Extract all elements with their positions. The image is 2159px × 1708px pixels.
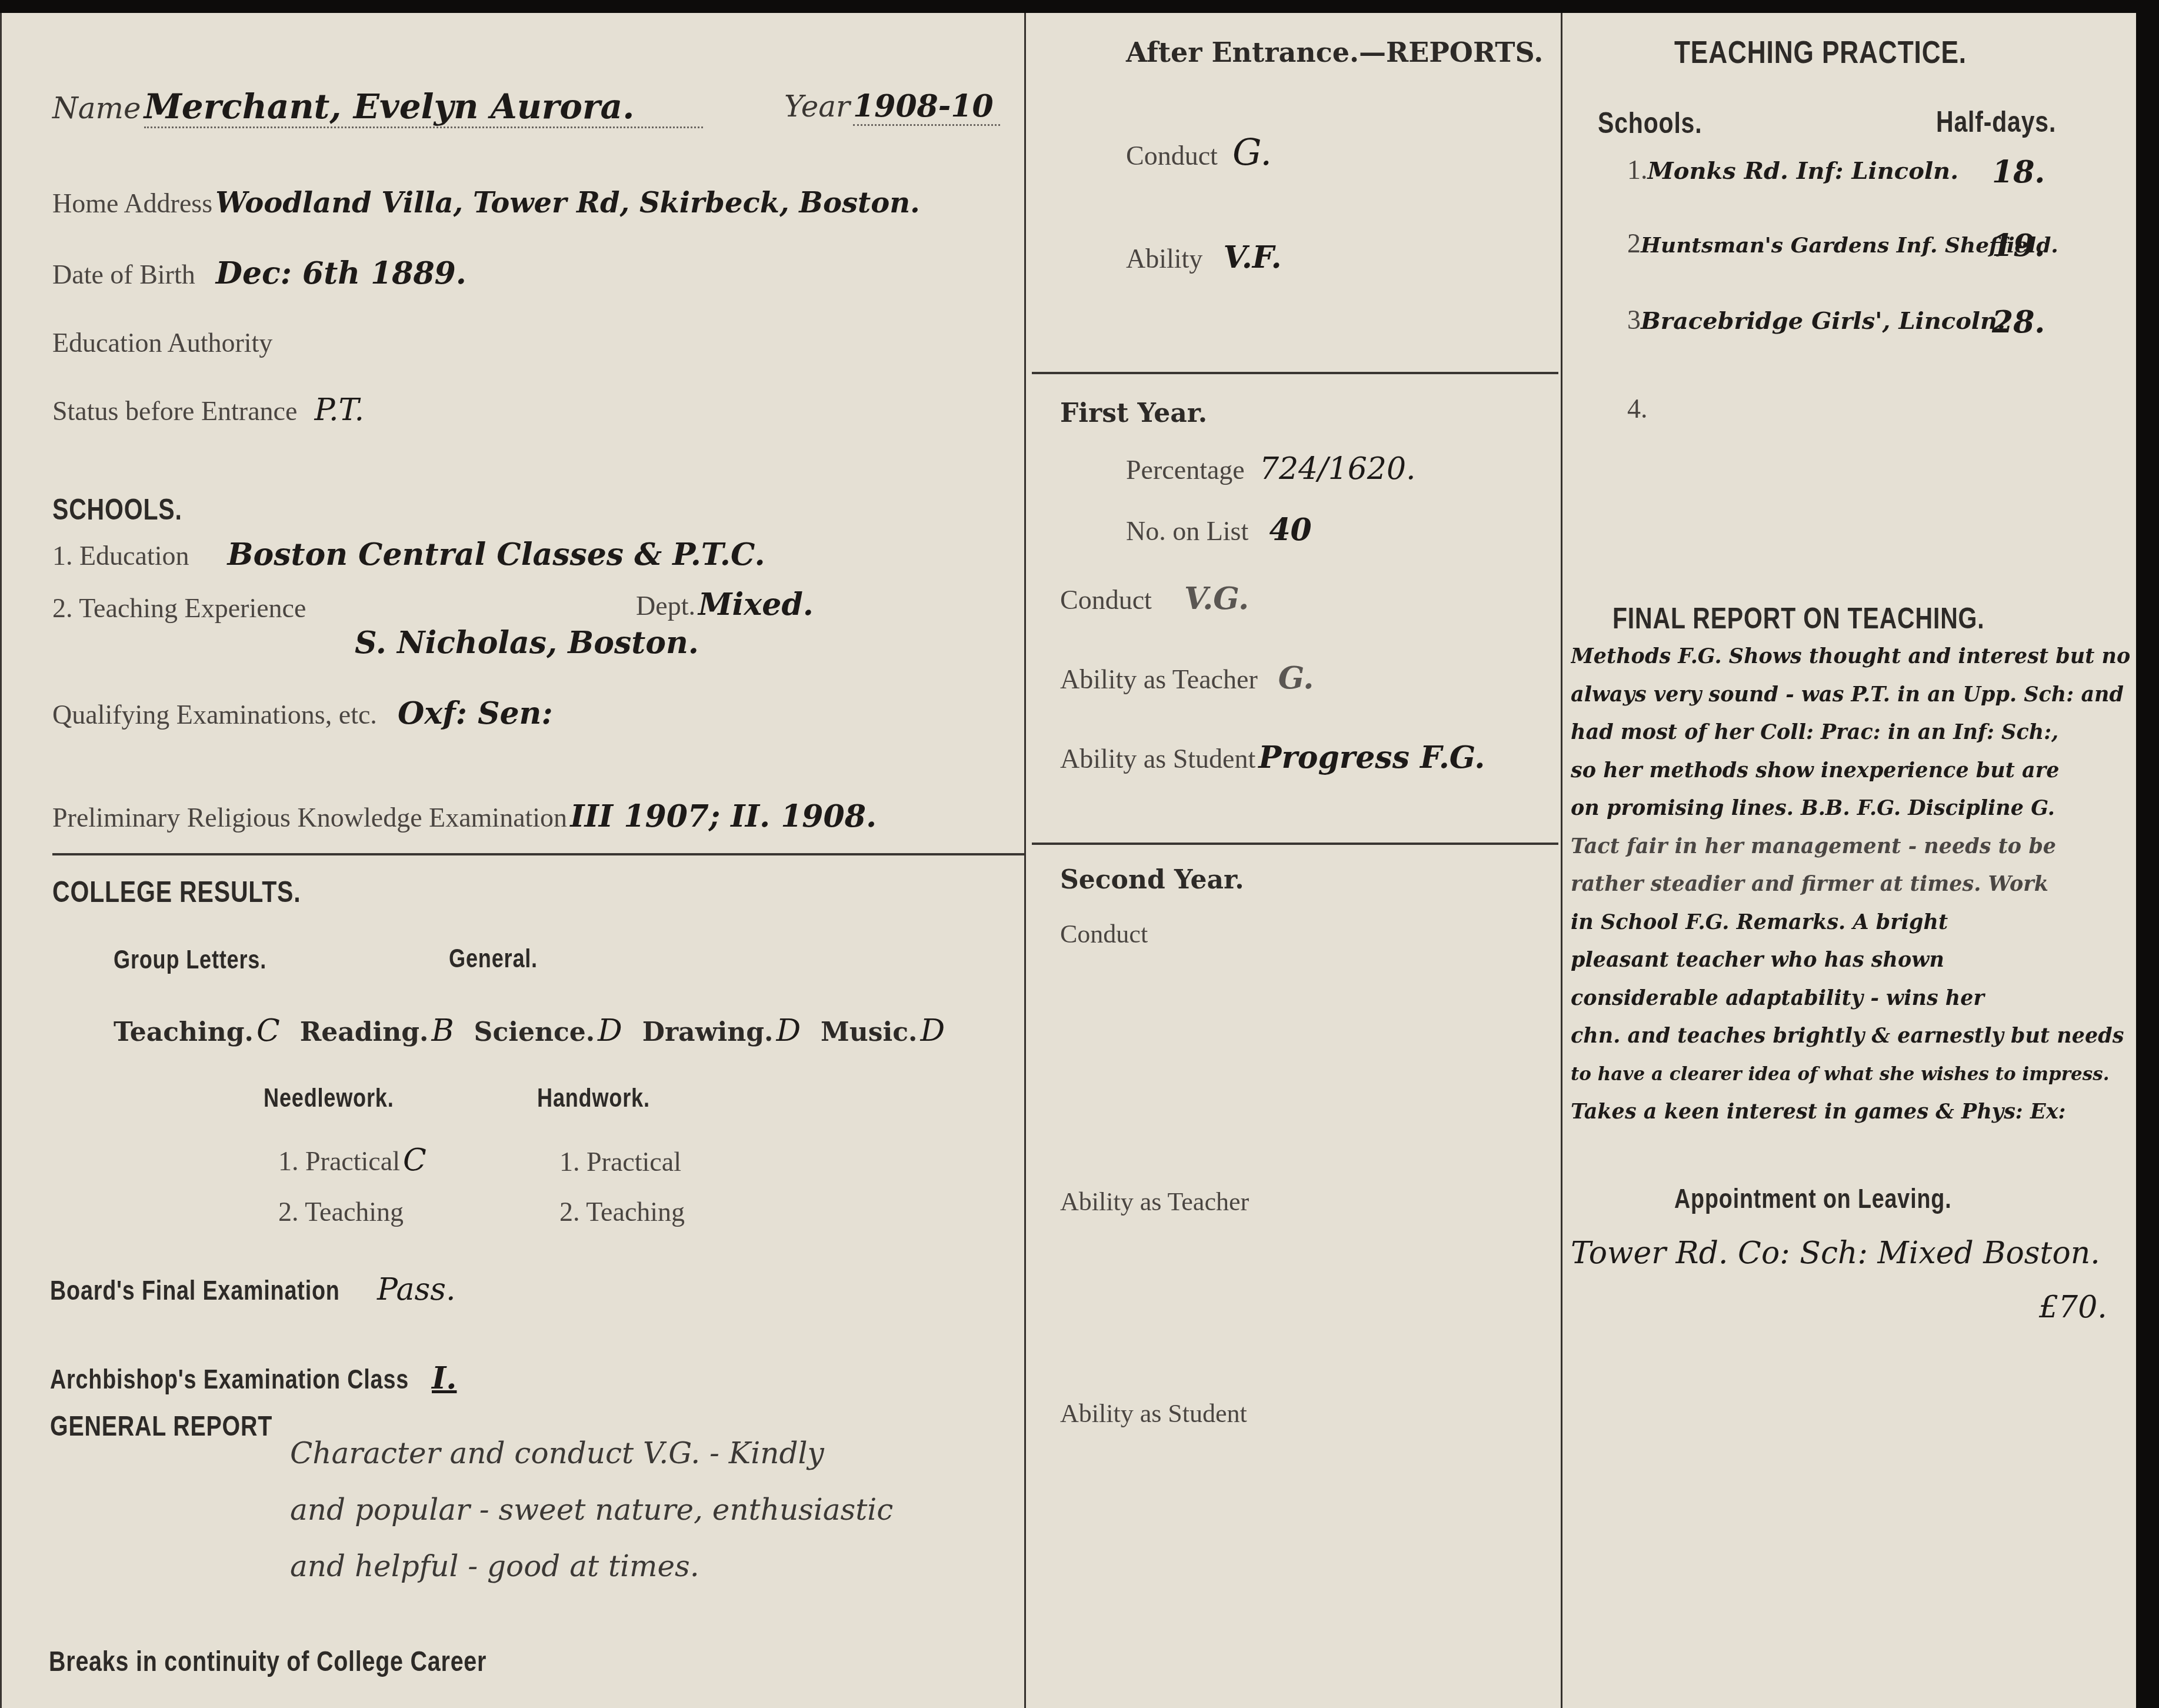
no-on-list-row: No. on List 40 <box>1126 512 1312 548</box>
subject-teaching: Teaching. C <box>114 1013 280 1048</box>
practice-school-row: 3Bracebridge Girls', Lincoln. 28. <box>1627 304 2086 335</box>
right-column: TEACHING PRACTICE. Schools. Half-days. 1… <box>1561 13 2138 1708</box>
no-on-list-value: 40 <box>1269 512 1311 548</box>
status-row: Status before Entrance P.T. <box>52 392 364 428</box>
dept-row: Dept. Mixed. <box>636 587 814 622</box>
fy-ability-teacher-row: Ability as Teacher G. <box>1060 660 1314 696</box>
dob-value: Dec: 6th 1889. <box>216 255 467 291</box>
fy-ability-student-label: Ability as Student <box>1060 744 1255 774</box>
divider-left-mid <box>52 853 1024 855</box>
final-report-line: pleasant teacher who has shown <box>1571 941 2130 980</box>
handwork-practical: 1. Practical <box>559 1143 681 1178</box>
percentage-row: Percentage 724/1620. <box>1126 451 1416 487</box>
appointment-value: Tower Rd. Co: Sch: Mixed Boston. <box>1571 1236 2100 1271</box>
record-card: Name Merchant, Evelyn Aurora. Year 1908-… <box>0 13 2136 1708</box>
breaks-label: Breaks in continuity of College Career <box>49 1646 487 1678</box>
after-entrance-heading: After Entrance.—REPORTS. <box>1126 36 1543 68</box>
fy-conduct-label: Conduct <box>1060 585 1152 615</box>
name-value: Merchant, Evelyn Aurora. <box>144 86 703 128</box>
archbishop-value: I. <box>432 1360 457 1396</box>
year-row: Year 1908-10 <box>784 88 1000 126</box>
college-results-heading: COLLEGE RESULTS. <box>52 875 301 909</box>
status-value: P.T. <box>314 392 364 428</box>
ability-value: V.F. <box>1223 239 1281 275</box>
handwork-teaching: 2. Teaching <box>559 1193 685 1228</box>
no-on-list-label: No. on List <box>1126 516 1248 546</box>
general-report-line: and popular - sweet nature, enthusiastic <box>290 1481 893 1538</box>
qualifying-row: Qualifying Examinations, etc. Oxf: Sen: <box>52 695 553 731</box>
status-label: Status before Entrance <box>52 396 297 426</box>
home-address-label: Home Address <box>52 188 212 218</box>
ability-row: Ability V.F. <box>1126 239 1282 275</box>
schools-heading: SCHOOLS. <box>52 492 182 527</box>
needlework-label: Needlework. <box>264 1084 394 1113</box>
final-report-line: Methods F.G. Shows thought and interest … <box>1571 638 2130 676</box>
final-report-line: considerable adaptability - wins her <box>1571 980 2130 1018</box>
teaching-practice-heading: TEACHING PRACTICE. <box>1674 34 1967 71</box>
fy-ability-teacher-label: Ability as Teacher <box>1060 664 1258 694</box>
conduct-row: Conduct G. <box>1126 131 1272 174</box>
half-days-label: Half-days. <box>1936 105 2056 139</box>
divider-mid-2 <box>1032 843 1558 845</box>
handwork-label: Handwork. <box>537 1084 650 1113</box>
dept-label: Dept. <box>636 591 695 621</box>
final-report-line: always very sound - was P.T. in an Upp. … <box>1571 676 2130 714</box>
final-report-line: in School F.G. Remarks. A bright <box>1571 904 2130 942</box>
final-report-line: had most of her Coll: Prac: in an Inf: S… <box>1571 714 2130 752</box>
practice-school-row: 1.Monks Rd. Inf: Lincoln. 18. <box>1627 154 2086 185</box>
divider-mid-1 <box>1032 372 1558 374</box>
education-authority-row: Education Authority <box>52 324 272 359</box>
salary-value: £70. <box>2039 1290 2107 1325</box>
general-report-text: Character and conduct V.G. - Kindly and … <box>290 1425 893 1594</box>
dob-row: Date of Birth Dec: 6th 1889. <box>52 255 467 291</box>
final-report-line: on promising lines. B.B. F.G. Discipline… <box>1571 790 2130 828</box>
final-report-line: Takes a keen interest in games & Phys: E… <box>1571 1093 2130 1131</box>
prelim-value: III 1907; II. 1908. <box>570 798 877 834</box>
schools-label: Schools. <box>1598 106 1702 140</box>
ability-label: Ability <box>1126 244 1202 274</box>
teaching-experience-value: S. Nicholas, Boston. <box>355 625 699 661</box>
teaching-experience-label: 2. Teaching Experience <box>52 593 306 623</box>
practice-school-row: 4. <box>1627 389 1648 425</box>
second-year-heading: Second Year. <box>1060 865 1244 895</box>
final-report-text: Methods F.G. Shows thought and interest … <box>1571 638 2130 1131</box>
conduct-label: Conduct <box>1126 141 1218 171</box>
percentage-value: 724/1620. <box>1260 451 1416 487</box>
fy-ability-teacher-value: G. <box>1278 660 1314 696</box>
archbishop-label: Archbishop's Examination Class <box>50 1363 409 1395</box>
sy-ability-teacher-label: Ability as Teacher <box>1060 1187 1249 1217</box>
first-year-heading: First Year. <box>1060 398 1207 428</box>
subject-science: Science. D <box>474 1013 622 1048</box>
dob-label: Date of Birth <box>52 259 195 289</box>
education-value: Boston Central Classes & P.T.C. <box>228 537 765 572</box>
education-authority-label: Education Authority <box>52 328 272 358</box>
general-report-heading: GENERAL REPORT <box>50 1410 272 1443</box>
boards-final-label: Board's Final Examination <box>50 1274 340 1306</box>
teaching-experience-row: 2. Teaching Experience <box>52 592 306 624</box>
final-report-line: chn. and teaches brightly & earnestly bu… <box>1571 1017 2130 1056</box>
dept-value: Mixed. <box>698 587 814 622</box>
fy-conduct-value: V.G. <box>1184 581 1249 617</box>
final-report-line: rather steadier and firmer at times. Wor… <box>1571 865 2130 904</box>
practice-school-row: 2Huntsman's Gardens Inf. Sheffield. 19. <box>1627 228 2086 259</box>
year-label: Year <box>784 89 850 124</box>
conduct-value: G. <box>1232 131 1272 174</box>
name-label: Name <box>52 91 141 125</box>
archbishop-row: Archbishop's Examination Class I. <box>50 1360 457 1396</box>
percentage-label: Percentage <box>1126 455 1245 485</box>
boards-final-value: Pass. <box>377 1272 456 1307</box>
qualifying-label: Qualifying Examinations, etc. <box>52 700 377 730</box>
final-report-line: so her methods show inexperience but are <box>1571 752 2130 790</box>
general-report-line: and helpful - good at times. <box>290 1538 893 1594</box>
name-row: Name Merchant, Evelyn Aurora. <box>52 86 703 128</box>
appointment-heading: Appointment on Leaving. <box>1674 1183 1951 1214</box>
sy-conduct-label: Conduct <box>1060 919 1148 949</box>
needlework-teaching: 2. Teaching <box>278 1193 404 1228</box>
education-row: 1. Education Boston Central Classes & P.… <box>52 537 765 572</box>
subject-reading: Reading. B <box>300 1013 454 1048</box>
boards-final-row: Board's Final Examination Pass. <box>50 1272 456 1307</box>
fy-conduct-row: Conduct V.G. <box>1060 581 1249 617</box>
left-column: Name Merchant, Evelyn Aurora. Year 1908-… <box>2 13 1024 1708</box>
home-address-value: Woodland Villa, Tower Rd, Skirbeck, Bost… <box>215 187 920 219</box>
fy-ability-student-row: Ability as Student Progress F.G. <box>1060 740 1485 775</box>
subject-drawing: Drawing. D <box>642 1013 801 1048</box>
sy-ability-student-label: Ability as Student <box>1060 1399 1247 1429</box>
needlework-practical: 1. Practical C <box>278 1143 427 1178</box>
general-label: General. <box>449 944 538 974</box>
prelim-row: Preliminary Religious Knowledge Examinat… <box>52 798 877 834</box>
final-report-line: to have a clearer idea of what she wishe… <box>1571 1056 2130 1094</box>
final-report-line: Tact fair in her management - needs to b… <box>1571 828 2130 866</box>
home-address-row: Home Address Woodland Villa, Tower Rd, S… <box>52 187 920 219</box>
general-report-line: Character and conduct V.G. - Kindly <box>290 1425 893 1481</box>
education-label: 1. Education <box>52 541 189 571</box>
middle-column: After Entrance.—REPORTS. Conduct G. Abil… <box>1024 13 1562 1708</box>
fy-ability-student-value: Progress F.G. <box>1258 740 1485 775</box>
prelim-label: Preliminary Religious Knowledge Examinat… <box>52 803 567 833</box>
group-letters-label: Group Letters. <box>114 945 266 975</box>
year-value: 1908-10 <box>853 88 1000 126</box>
final-report-heading: FINAL REPORT ON TEACHING. <box>1612 601 1984 635</box>
subject-grades: Teaching. C Reading. B Science. D Drawin… <box>114 1013 945 1048</box>
subject-music: Music. D <box>821 1013 945 1048</box>
qualifying-value: Oxf: Sen: <box>398 695 553 731</box>
